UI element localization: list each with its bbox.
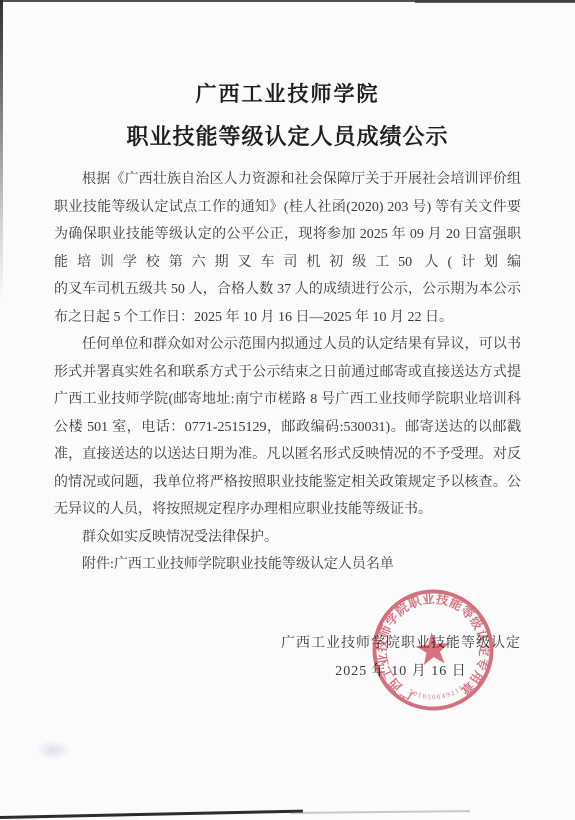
document-body: 根据《广西壮族自治区人力资源和社会保障厅关于开展社会培训评价组织 职业技能等级认…	[54, 166, 521, 579]
paragraph2-line6: 的情况或问题，我单位将严格按照职业技能鉴定相关政策规定予以核查。公示	[54, 469, 521, 497]
paragraph1-line6: 布之日起 5 个工作日：2025 年 10 月 16 日—2025 年 10 月…	[54, 304, 521, 332]
paragraph2-line1: 任何单位和群众如对公示范围内拟通过人员的认定结果有异议，可以书面	[54, 331, 521, 359]
paragraph3-legal-protection: 群众如实反映情况受法律保护。	[54, 524, 521, 552]
paragraph2-line5: 准，直接送达的以送达日期为准。凡以匿名形式反映情况的不予受理。对反映	[54, 441, 521, 469]
scanned-document-page: 广西工业技师学院 职业技能等级认定人员成绩公示 根据《广西壮族自治区人力资源和社…	[0, 0, 575, 820]
scan-artifact-bottom-edge-faint	[290, 810, 470, 814]
attachment-line: 附件:广西工业技师学院职业技能等级认定人员名单	[54, 551, 521, 579]
paragraph1-line5: 的叉车司机五级共 50 人，合格人数 37 人的成绩进行公示，公示期为本公示发	[54, 276, 521, 304]
paragraph2-line7: 无异议的人员，将按照规定程序办理相应职业技能等级证书。	[54, 496, 521, 524]
paragraph1-line2: 职业技能等级认定试点工作的通知》(桂人社函(2020) 203 号) 等有关文件…	[54, 194, 521, 222]
scan-artifact-top-right-edge	[415, 0, 575, 3]
paragraph1-line3: 为确保职业技能等级认定的公平公正，现将参加 2025 年 09 月 20 日富强…	[54, 221, 521, 249]
paragraph1-line4: 能培训学校第六期叉车司机初级工50 人(计划编号:250903S00004500…	[54, 249, 521, 277]
scan-artifact-smudge	[28, 736, 78, 764]
scan-artifact-bottom-edge	[0, 810, 303, 819]
paragraph2-line2: 形式并署真实姓名和联系方式于公示结束之日前通过邮寄或直接送达方式提交	[54, 359, 521, 387]
paragraph1-line1: 根据《广西壮族自治区人力资源和社会保障厅关于开展社会培训评价组织	[54, 166, 521, 194]
document-title-organization: 广西工业技师学院	[0, 78, 575, 108]
paragraph2-line4: 公楼 501 室，电话：0771-2515129，邮政编码:530031)。邮寄…	[54, 414, 521, 442]
paragraph2-line3: 广西工业技师学院(邮寄地址:南宁市槎路 8 号广西工业技师学院职业培训科办	[54, 386, 521, 414]
document-title-main: 职业技能等级认定人员成绩公示	[0, 120, 575, 151]
seal-star-icon	[415, 631, 451, 666]
official-red-seal: 广西工业技师学院职业技能等级认定专用章 501050049215	[363, 580, 504, 721]
plan-line-prefix: 能培训学校第六期叉车司机初级工50 人(计划编号:	[54, 255, 521, 277]
